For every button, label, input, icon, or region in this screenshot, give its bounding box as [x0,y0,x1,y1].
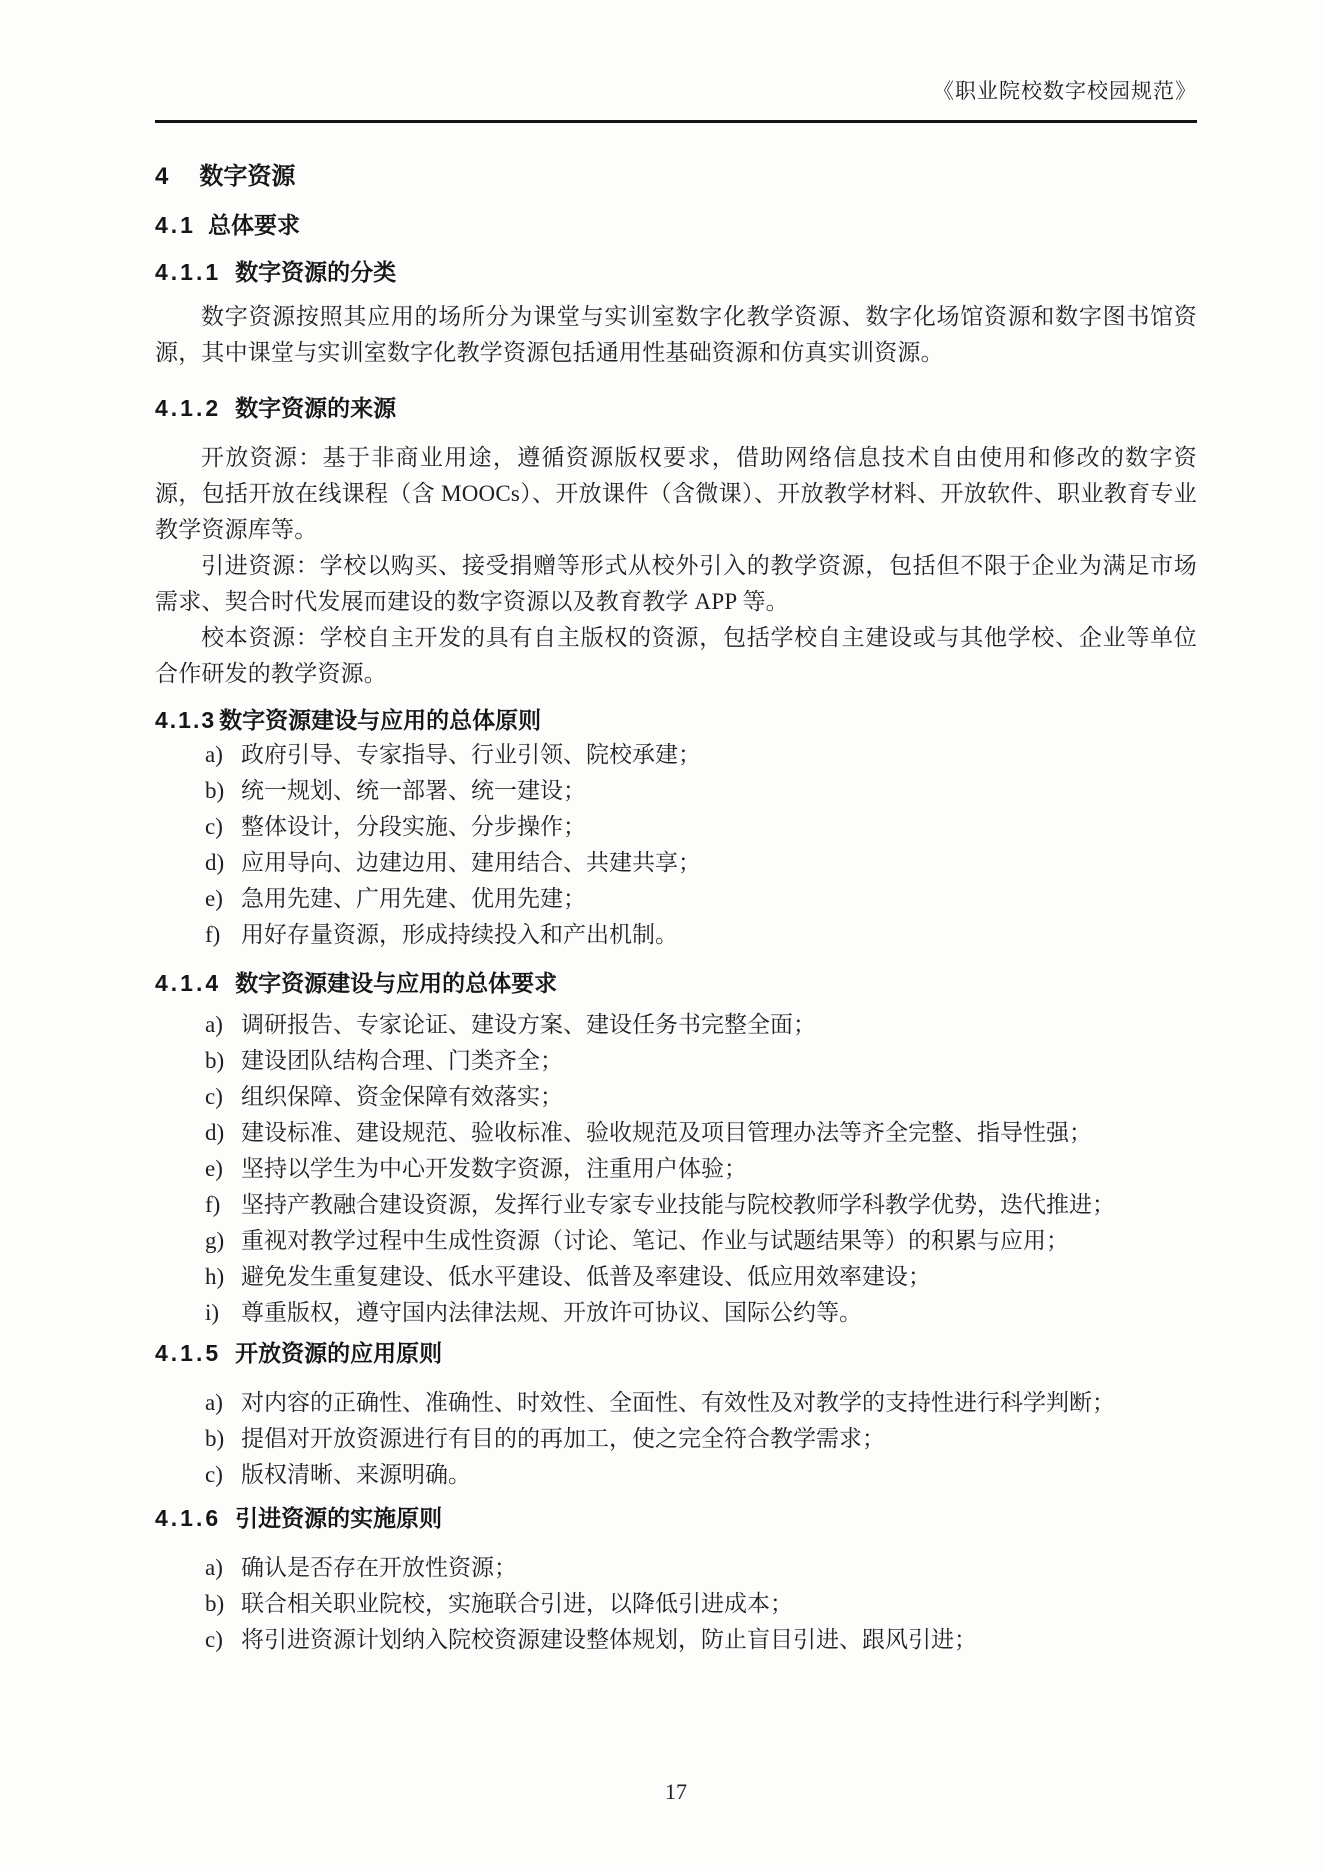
subsection-number: 4.1.2 [155,395,221,421]
item-label: b) [205,1043,241,1079]
item-label: c) [205,1079,241,1115]
chapter-heading: 4数字资源 [155,161,1197,193]
item-text: 重视对教学过程中生成性资源（讨论、笔记、作业与试题结果等）的积累与应用； [241,1228,1069,1253]
subsection-number: 4.1.1 [155,259,221,285]
list-item: b)提倡对开放资源进行有目的的再加工，使之完全符合教学需求； [205,1421,1197,1457]
subsection-heading-4-1-2: 4.1.2数字资源的来源 [155,393,1197,423]
paragraph: 引进资源：学校以购买、接受捐赠等形式从校外引入的教学资源，包括但不限于企业为满足… [155,548,1197,620]
item-text: 版权清晰、来源明确。 [241,1462,471,1487]
subsection-heading-4-1-1: 4.1.1数字资源的分类 [155,257,1197,287]
item-label: b) [205,1421,241,1457]
item-text: 建设标准、建设规范、验收标准、验收规范及项目管理办法等齐全完整、指导性强； [241,1120,1092,1145]
list-item: e)急用先建、广用先建、优用先建； [205,881,1197,917]
item-text: 尊重版权，遵守国内法律法规、开放许可协议、国际公约等。 [241,1300,862,1325]
item-label: c) [205,1457,241,1493]
item-label: a) [205,1550,241,1586]
item-text: 提倡对开放资源进行有目的的再加工，使之完全符合教学需求； [241,1426,885,1451]
item-label: g) [205,1223,241,1259]
subsection-heading-4-1-4: 4.1.4数字资源建设与应用的总体要求 [155,968,1197,998]
list-item: c)版权清晰、来源明确。 [205,1457,1197,1493]
list-item: i)尊重版权，遵守国内法律法规、开放许可协议、国际公约等。 [205,1295,1197,1331]
section-number: 4.1 [155,212,196,238]
list-item: b)联合相关职业院校，实施联合引进，以降低引进成本； [205,1586,1197,1622]
chapter-number: 4 [155,163,169,190]
list-item: a)确认是否存在开放性资源； [205,1550,1197,1586]
item-label: a) [205,1385,241,1421]
item-text: 坚持产教融合建设资源，发挥行业专家专业技能与院校教师学科教学优势，迭代推进； [241,1192,1115,1217]
subsection-title: 数字资源的来源 [235,395,396,421]
subsection-body-4-1-2: 开放资源：基于非商业用途，遵循资源版权要求，借助网络信息技术自由使用和修改的数字… [155,440,1197,692]
item-label: d) [205,845,241,881]
list-item: f)用好存量资源，形成持续投入和产出机制。 [205,917,1197,953]
subsection-number: 4.1.6 [155,1505,221,1531]
principles-list-4-1-6: a)确认是否存在开放性资源； b)联合相关职业院校，实施联合引进，以降低引进成本… [155,1550,1197,1658]
list-item: a)调研报告、专家论证、建设方案、建设任务书完整全面； [205,1007,1197,1043]
list-item: d)建设标准、建设规范、验收标准、验收规范及项目管理办法等齐全完整、指导性强； [205,1115,1197,1151]
item-label: f) [205,1187,241,1223]
item-label: i) [205,1295,241,1331]
list-item: c)组织保障、资金保障有效落实； [205,1079,1197,1115]
subsection-number: 4.1.4 [155,970,221,996]
subsection-title: 数字资源建设与应用的总体要求 [235,970,557,996]
subsection-number: 4.1.3 [155,707,216,733]
item-label: a) [205,737,241,773]
header-rule [155,120,1197,123]
item-text: 调研报告、专家论证、建设方案、建设任务书完整全面； [241,1012,816,1037]
list-item: c)整体设计，分段实施、分步操作； [205,809,1197,845]
subsection-heading-4-1-5: 4.1.5开放资源的应用原则 [155,1338,1197,1368]
item-label: c) [205,809,241,845]
principles-list-4-1-5: a)对内容的正确性、准确性、时效性、全面性、有效性及对教学的支持性进行科学判断；… [155,1385,1197,1493]
item-text: 将引进资源计划纳入院校资源建设整体规划，防止盲目引进、跟风引进； [241,1627,977,1652]
item-label: h) [205,1259,241,1295]
subsection-title: 数字资源的分类 [235,259,396,285]
item-label: b) [205,1586,241,1622]
paragraph: 开放资源：基于非商业用途，遵循资源版权要求，借助网络信息技术自由使用和修改的数字… [155,440,1197,548]
item-label: e) [205,1151,241,1187]
list-item: b)建设团队结构合理、门类齐全； [205,1043,1197,1079]
item-text: 建设团队结构合理、门类齐全； [241,1048,563,1073]
item-label: c) [205,1622,241,1658]
subsection-heading-4-1-3: 4.1.3数字资源建设与应用的总体原则 [155,705,1197,735]
list-item: f)坚持产教融合建设资源，发挥行业专家专业技能与院校教师学科教学优势，迭代推进； [205,1187,1197,1223]
item-label: a) [205,1007,241,1043]
item-text: 联合相关职业院校，实施联合引进，以降低引进成本； [241,1591,793,1616]
item-text: 坚持以学生为中心开发数字资源，注重用户体验； [241,1156,747,1181]
principles-list-4-1-3: a)政府引导、专家指导、行业引领、院校承建； b)统一规划、统一部署、统一建设；… [155,737,1197,953]
list-item: g)重视对教学过程中生成性资源（讨论、笔记、作业与试题结果等）的积累与应用； [205,1223,1197,1259]
chapter-title: 数字资源 [199,163,295,190]
item-label: b) [205,773,241,809]
item-label: d) [205,1115,241,1151]
list-item: e)坚持以学生为中心开发数字资源，注重用户体验； [205,1151,1197,1187]
section-title: 总体要求 [208,212,300,238]
list-item: h)避免发生重复建设、低水平建设、低普及率建设、低应用效率建设； [205,1259,1197,1295]
item-text: 避免发生重复建设、低水平建设、低普及率建设、低应用效率建设； [241,1264,931,1289]
document-page: 《职业院校数字校园规范》 4数字资源 4.1总体要求 4.1.1数字资源的分类 … [0,0,1323,1871]
subsection-title: 开放资源的应用原则 [235,1340,442,1366]
list-item: d)应用导向、边建边用、建用结合、共建共享； [205,845,1197,881]
item-text: 急用先建、广用先建、优用先建； [241,886,586,911]
list-item: a)对内容的正确性、准确性、时效性、全面性、有效性及对教学的支持性进行科学判断； [205,1385,1197,1421]
list-item: c)将引进资源计划纳入院校资源建设整体规划，防止盲目引进、跟风引进； [205,1622,1197,1658]
subsection-title: 数字资源建设与应用的总体原则 [219,707,541,733]
item-text: 应用导向、边建边用、建用结合、共建共享； [241,850,701,875]
list-item: a)政府引导、专家指导、行业引领、院校承建； [205,737,1197,773]
list-item: b)统一规划、统一部署、统一建设； [205,773,1197,809]
item-text: 用好存量资源，形成持续投入和产出机制。 [241,922,678,947]
item-text: 组织保障、资金保障有效落实； [241,1084,563,1109]
header-note: 《职业院校数字校园规范》 [155,78,1197,104]
item-text: 整体设计，分段实施、分步操作； [241,814,586,839]
subsection-heading-4-1-6: 4.1.6引进资源的实施原则 [155,1503,1197,1533]
item-label: e) [205,881,241,917]
page-number: 17 [155,1778,1197,1806]
item-text: 统一规划、统一部署、统一建设； [241,778,586,803]
subsection-number: 4.1.5 [155,1340,221,1366]
item-text: 对内容的正确性、准确性、时效性、全面性、有效性及对教学的支持性进行科学判断； [241,1390,1115,1415]
subsection-title: 引进资源的实施原则 [235,1505,442,1531]
subsection-body-4-1-1: 数字资源按照其应用的场所分为课堂与实训室数字化教学资源、数字化场馆资源和数字图书… [155,299,1197,371]
paragraph: 数字资源按照其应用的场所分为课堂与实训室数字化教学资源、数字化场馆资源和数字图书… [155,299,1197,371]
section-heading: 4.1总体要求 [155,209,1197,241]
item-text: 确认是否存在开放性资源； [241,1555,517,1580]
item-label: f) [205,917,241,953]
item-text: 政府引导、专家指导、行业引领、院校承建； [241,742,701,767]
requirements-list-4-1-4: a)调研报告、专家论证、建设方案、建设任务书完整全面； b)建设团队结构合理、门… [155,1007,1197,1331]
paragraph: 校本资源：学校自主开发的具有自主版权的资源，包括学校自主建设或与其他学校、企业等… [155,620,1197,692]
